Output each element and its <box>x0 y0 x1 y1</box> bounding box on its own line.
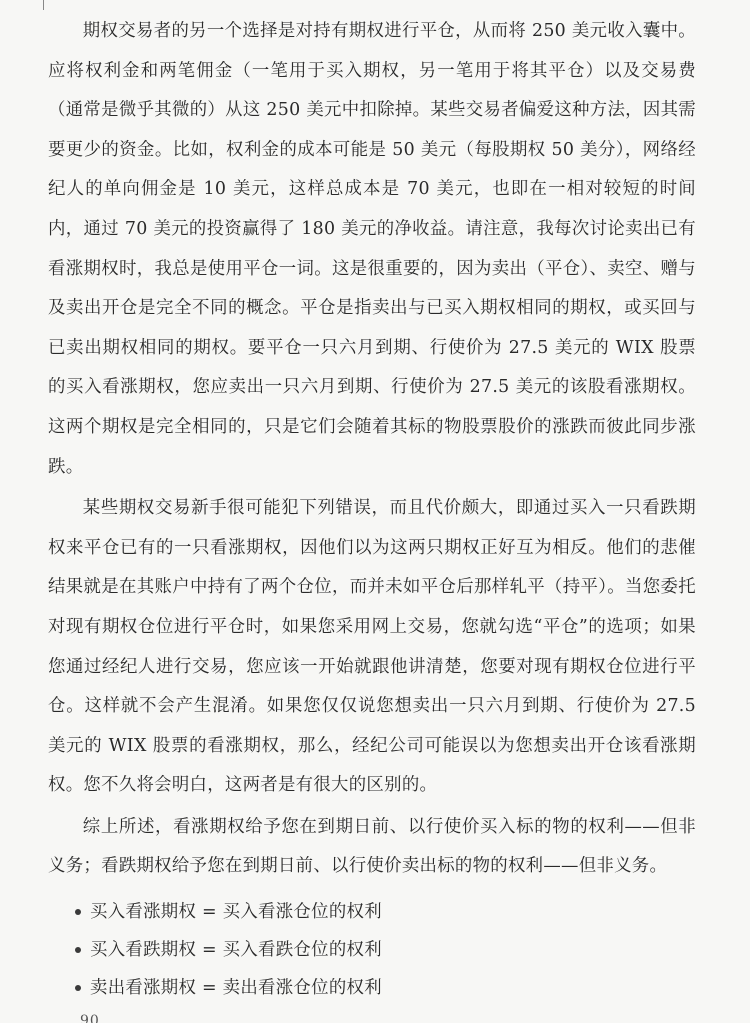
bullet-dot-icon <box>75 909 81 915</box>
paragraph-novice-mistake: 某些期权交易新手很可能犯下列错误，而且代价颇大，即通过买入一只看跌期权来平仓已有… <box>48 489 696 806</box>
page-number: 90 <box>80 1013 100 1023</box>
bullet-item: 卖出看涨期权 = 卖出看涨仓位的权利 <box>48 969 696 1007</box>
crop-mark <box>43 0 44 10</box>
page-content: 期权交易者的另一个选择是对持有期权进行平仓，从而将 250 美元收入囊中。应将权… <box>48 12 696 1007</box>
bullet-text: 买入看涨期权 = 买入看涨仓位的权利 <box>90 902 382 922</box>
bullet-dot-icon <box>75 947 81 953</box>
bullet-item: 买入看涨期权 = 买入看涨仓位的权利 <box>48 893 696 931</box>
bullet-text: 卖出看涨期权 = 卖出看涨仓位的权利 <box>90 978 382 998</box>
bullet-text: 买入看跌期权 = 买入看跌仓位的权利 <box>90 940 382 960</box>
book-page: 期权交易者的另一个选择是对持有期权进行平仓，从而将 250 美元收入囊中。应将权… <box>0 0 750 1023</box>
paragraph-closing-position: 期权交易者的另一个选择是对持有期权进行平仓，从而将 250 美元收入囊中。应将权… <box>48 12 696 487</box>
bullet-item: 买入看跌期权 = 买入看跌仓位的权利 <box>48 931 696 969</box>
paragraph-summary: 综上所述，看涨期权给予您在到期日前、以行使价买入标的物的权利——但非义务；看跌期… <box>48 808 696 887</box>
bullet-dot-icon <box>75 985 81 991</box>
bullet-list: 买入看涨期权 = 买入看涨仓位的权利 买入看跌期权 = 买入看跌仓位的权利 卖出… <box>48 893 696 1007</box>
